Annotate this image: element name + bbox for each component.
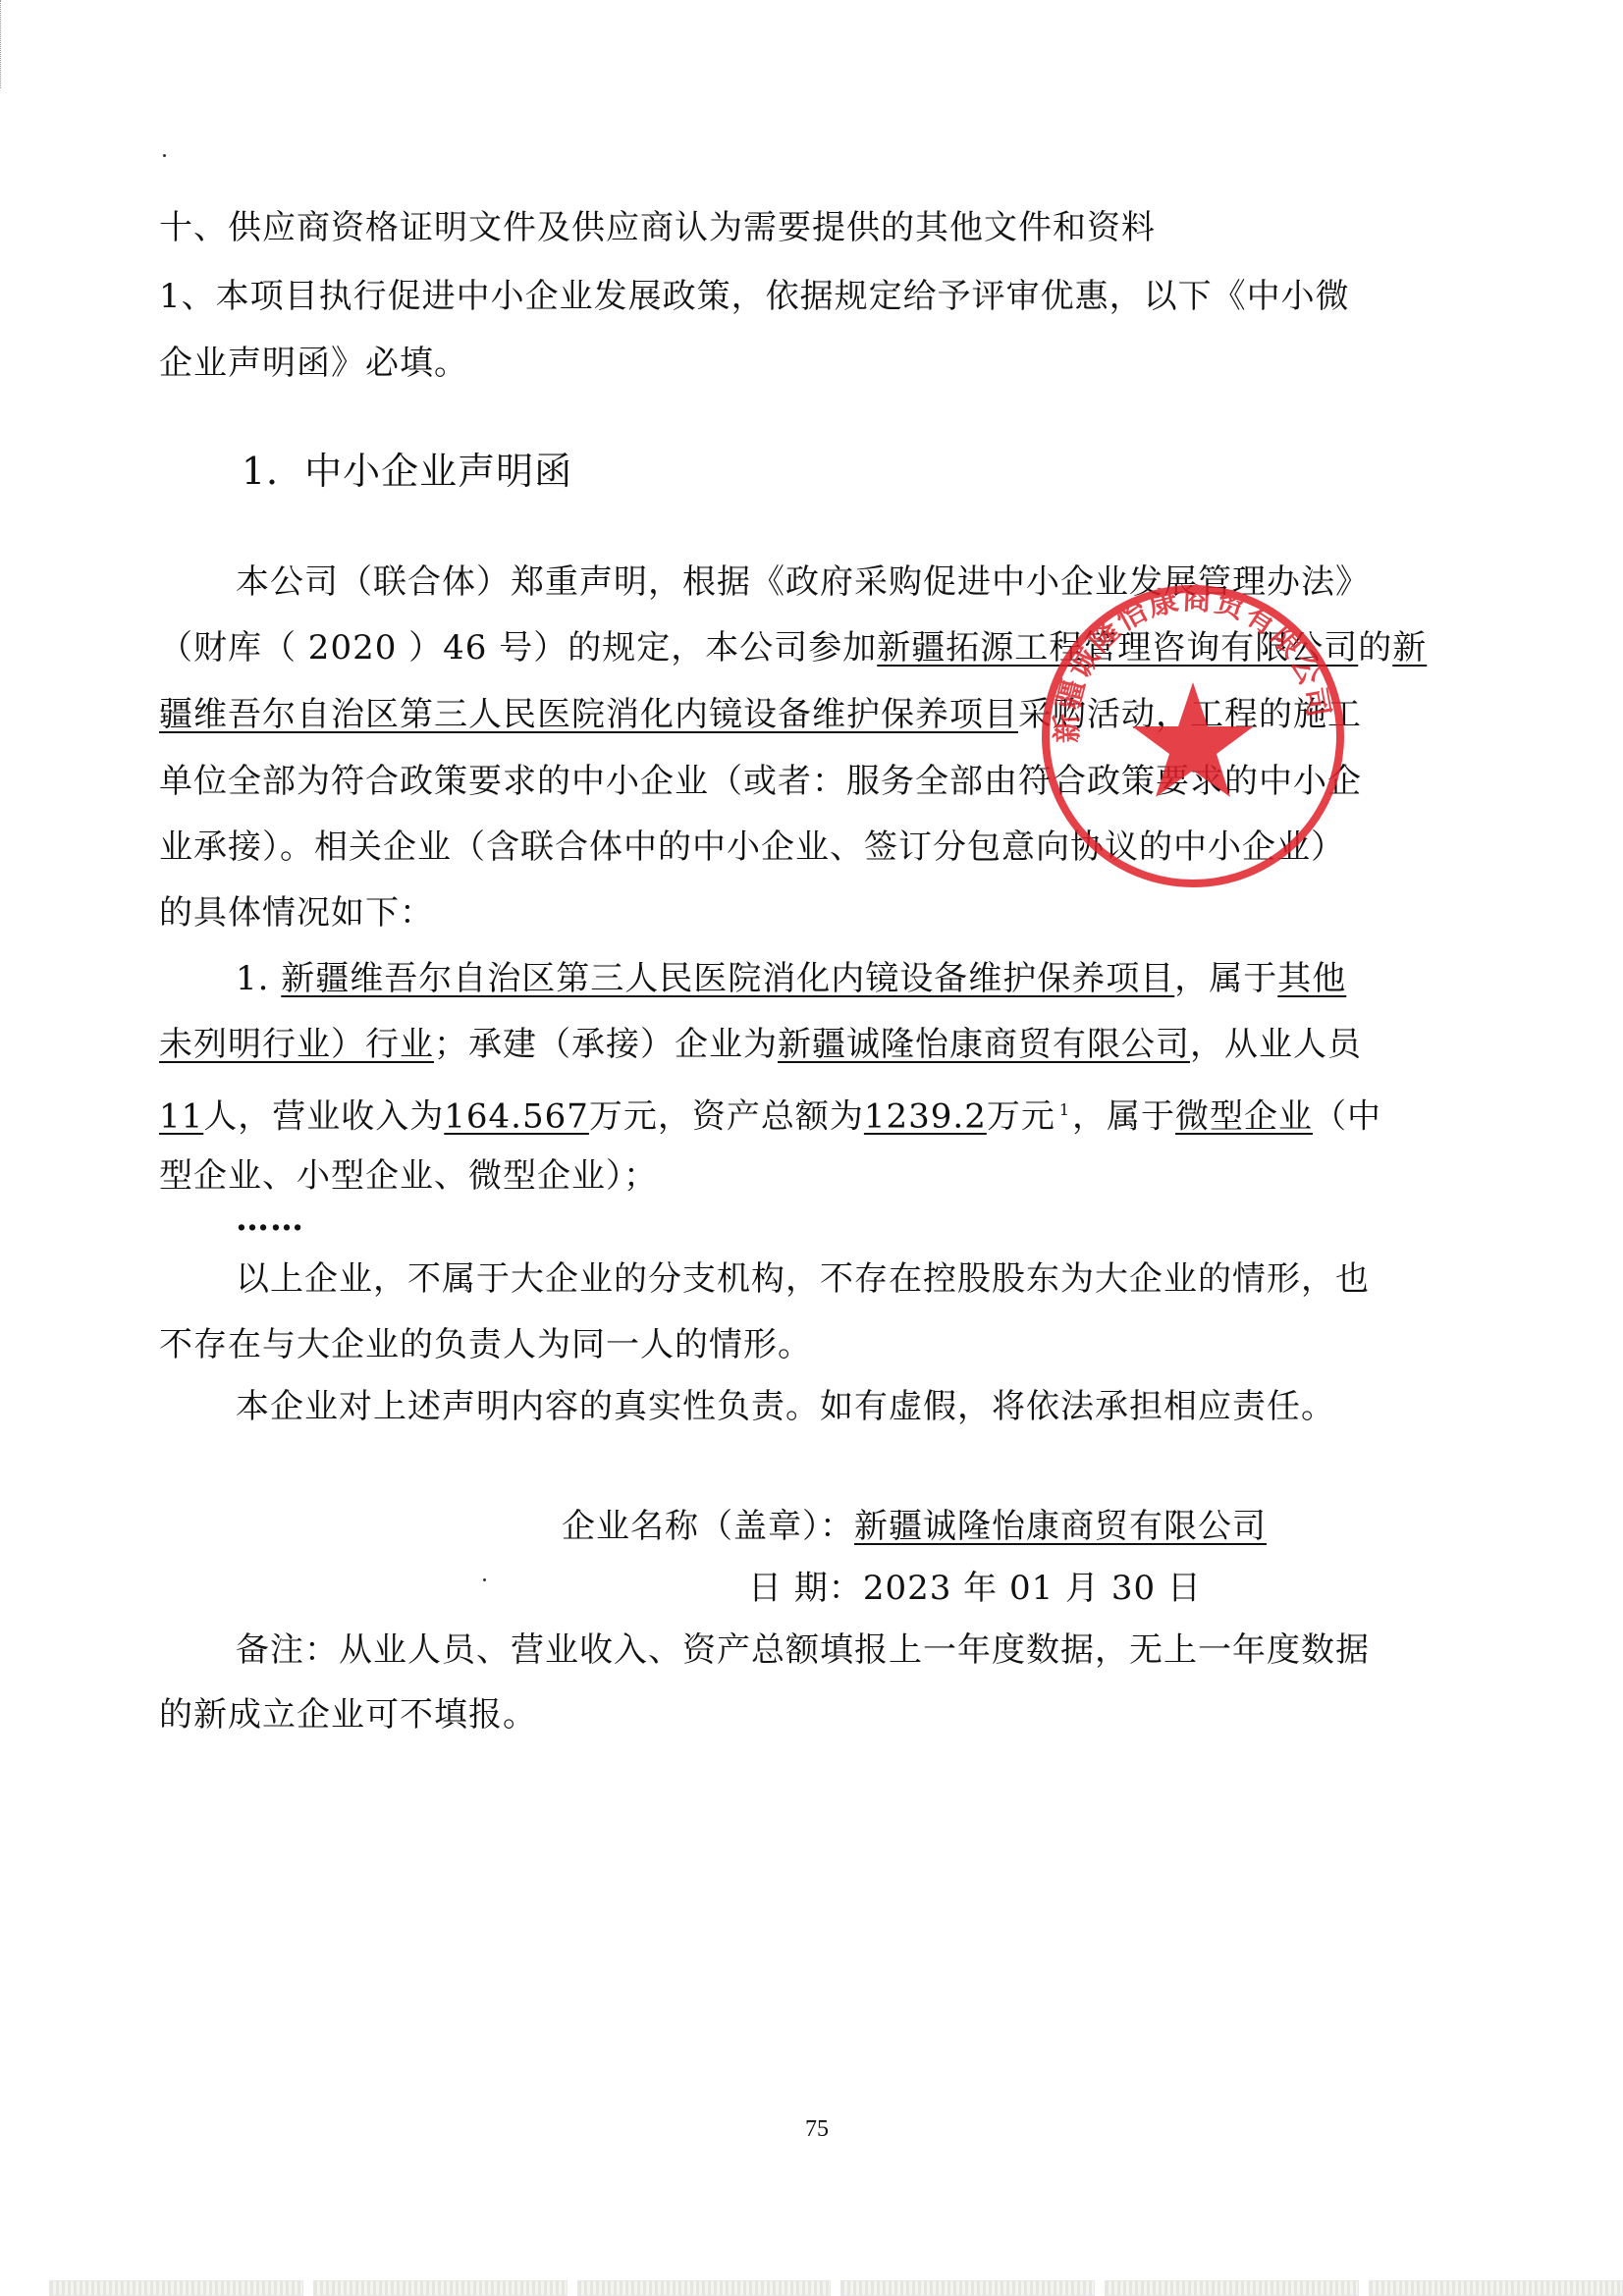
declaration-text: 采购活动，工程的施工	[1018, 695, 1362, 734]
item1-line-2: 未列明行业）行业；承建（承接）企业为新疆诚隆怡康商贸有限公司，从业人员	[159, 1025, 1362, 1064]
statement1-line-1: 以上企业，不属于大企业的分支机构，不存在控股股东为大企业的情形，也	[236, 1259, 1370, 1299]
footnote-mark: 1	[1059, 1100, 1070, 1119]
item-text: ，从业人员	[1190, 1025, 1362, 1064]
item-text: 万元	[987, 1096, 1055, 1136]
strip-segment	[577, 2280, 832, 2296]
date-label: 日 期：	[748, 1569, 863, 1608]
declaration-line-5: 业承接）。相关企业（含联合体中的中小企业、签订分包意向协议的中小企业）	[159, 828, 1345, 867]
signature-company-line: 企业名称（盖章）：新疆诚隆怡康商贸有限公司	[562, 1507, 1267, 1546]
strip-segment	[1369, 2280, 1623, 2296]
item-text: 人，营业收入为	[203, 1096, 444, 1136]
declaration-heading: 1．中小企业声明函	[242, 452, 572, 491]
company-label: 企业名称（盖章）：	[562, 1507, 854, 1546]
strip-segment	[49, 2280, 303, 2296]
declaration-line-1: 本公司（联合体）郑重声明，根据《政府采购促进中小企业发展管理办法》	[236, 562, 1370, 602]
section-title: 十、供应商资格证明文件及供应商认为需要提供的其他文件和资料	[159, 208, 1156, 247]
agency-name: 新疆拓源工程管理咨询有限公司	[877, 628, 1358, 667]
project-name-end: 疆维吾尔自治区第三人民医院消化内镜设备维护保养项目	[159, 695, 1018, 734]
strip-segment	[313, 2280, 568, 2296]
intro-line-1: 1、本项目执行促进中小企业发展政策，依据规定给予评审优惠，以下《中小微	[159, 277, 1350, 316]
item-text: ；承建（承接）企业为	[434, 1025, 778, 1064]
revenue-value: 164.567	[444, 1096, 589, 1136]
note-line-2: 的新成立企业可不填报。	[159, 1695, 537, 1735]
item1-line-1: 1. 新疆维吾尔自治区第三人民医院消化内镜设备维护保养项目，属于其他	[236, 959, 1346, 998]
strip-segment	[840, 2280, 1095, 2296]
statement1-line-2: 不存在与大企业的负责人为同一人的情形。	[159, 1325, 812, 1364]
project-name-start: 新	[1392, 628, 1427, 667]
note-line-1: 备注：从业人员、营业收入、资产总额填报上一年度数据，无上一年度数据	[236, 1630, 1370, 1670]
declaration-line-4: 单位全部为符合政策要求的中小企业（或者：服务全部由符合政策要求的中小企	[159, 762, 1362, 801]
assets-value: 1239.2	[864, 1096, 987, 1136]
intro-line-2: 企业声明函》必填。	[159, 344, 468, 383]
scan-speck	[163, 154, 166, 157]
strip-segment	[1105, 2280, 1359, 2296]
contractor-company: 新疆诚隆怡康商贸有限公司	[778, 1025, 1190, 1064]
industry-suffix: 行业	[365, 1025, 434, 1064]
item-project: 新疆维吾尔自治区第三人民医院消化内镜设备维护保养项目	[281, 959, 1174, 998]
scan-speck	[483, 1578, 486, 1581]
signature-date-line: 日 期：2023 年 01 月 30 日	[748, 1569, 1202, 1608]
date-value: 2023 年 01 月 30 日	[863, 1569, 1202, 1608]
industry-part1: 其他	[1277, 959, 1346, 998]
employees-value: 11	[159, 1096, 203, 1136]
declaration-text: 的	[1358, 628, 1392, 667]
page-number: 75	[805, 2116, 829, 2143]
statement2: 本企业对上述声明内容的真实性负责。如有虚假，将依法承担相应责任。	[236, 1387, 1335, 1426]
declaration-line-3: 疆维吾尔自治区第三人民医院消化内镜设备维护保养项目采购活动，工程的施工	[159, 695, 1362, 734]
scan-edge-mark	[0, 0, 5, 88]
declaration-line-6: 的具体情况如下：	[159, 893, 434, 933]
industry-part2: 未列明行业）	[159, 1025, 365, 1064]
document-page: 十、供应商资格证明文件及供应商认为需要提供的其他文件和资料 1、本项目执行促进中…	[0, 0, 1623, 2296]
ellipsis: ……	[236, 1200, 304, 1239]
declaration-text: （财库（ 2020 ）46 号）的规定，本公司参加	[159, 628, 877, 667]
item1-line-3: 11人，营业收入为164.567万元，资产总额为1239.2万元1，属于微型企业…	[159, 1091, 1381, 1136]
item-text: ，属于	[1072, 1096, 1175, 1136]
enterprise-size: 微型企业	[1175, 1096, 1313, 1136]
declaration-line-2: （财库（ 2020 ）46 号）的规定，本公司参加新疆拓源工程管理咨询有限公司的…	[159, 628, 1427, 667]
item-text: 万元，资产总额为	[589, 1096, 864, 1136]
item1-line-4: 型企业、小型企业、微型企业）；	[159, 1156, 658, 1196]
scan-bottom-strip	[49, 2280, 1623, 2296]
company-name: 新疆诚隆怡康商贸有限公司	[854, 1507, 1267, 1546]
item-text: （中	[1313, 1096, 1381, 1136]
item-text: ，属于	[1174, 959, 1277, 998]
item-number: 1.	[236, 959, 269, 998]
